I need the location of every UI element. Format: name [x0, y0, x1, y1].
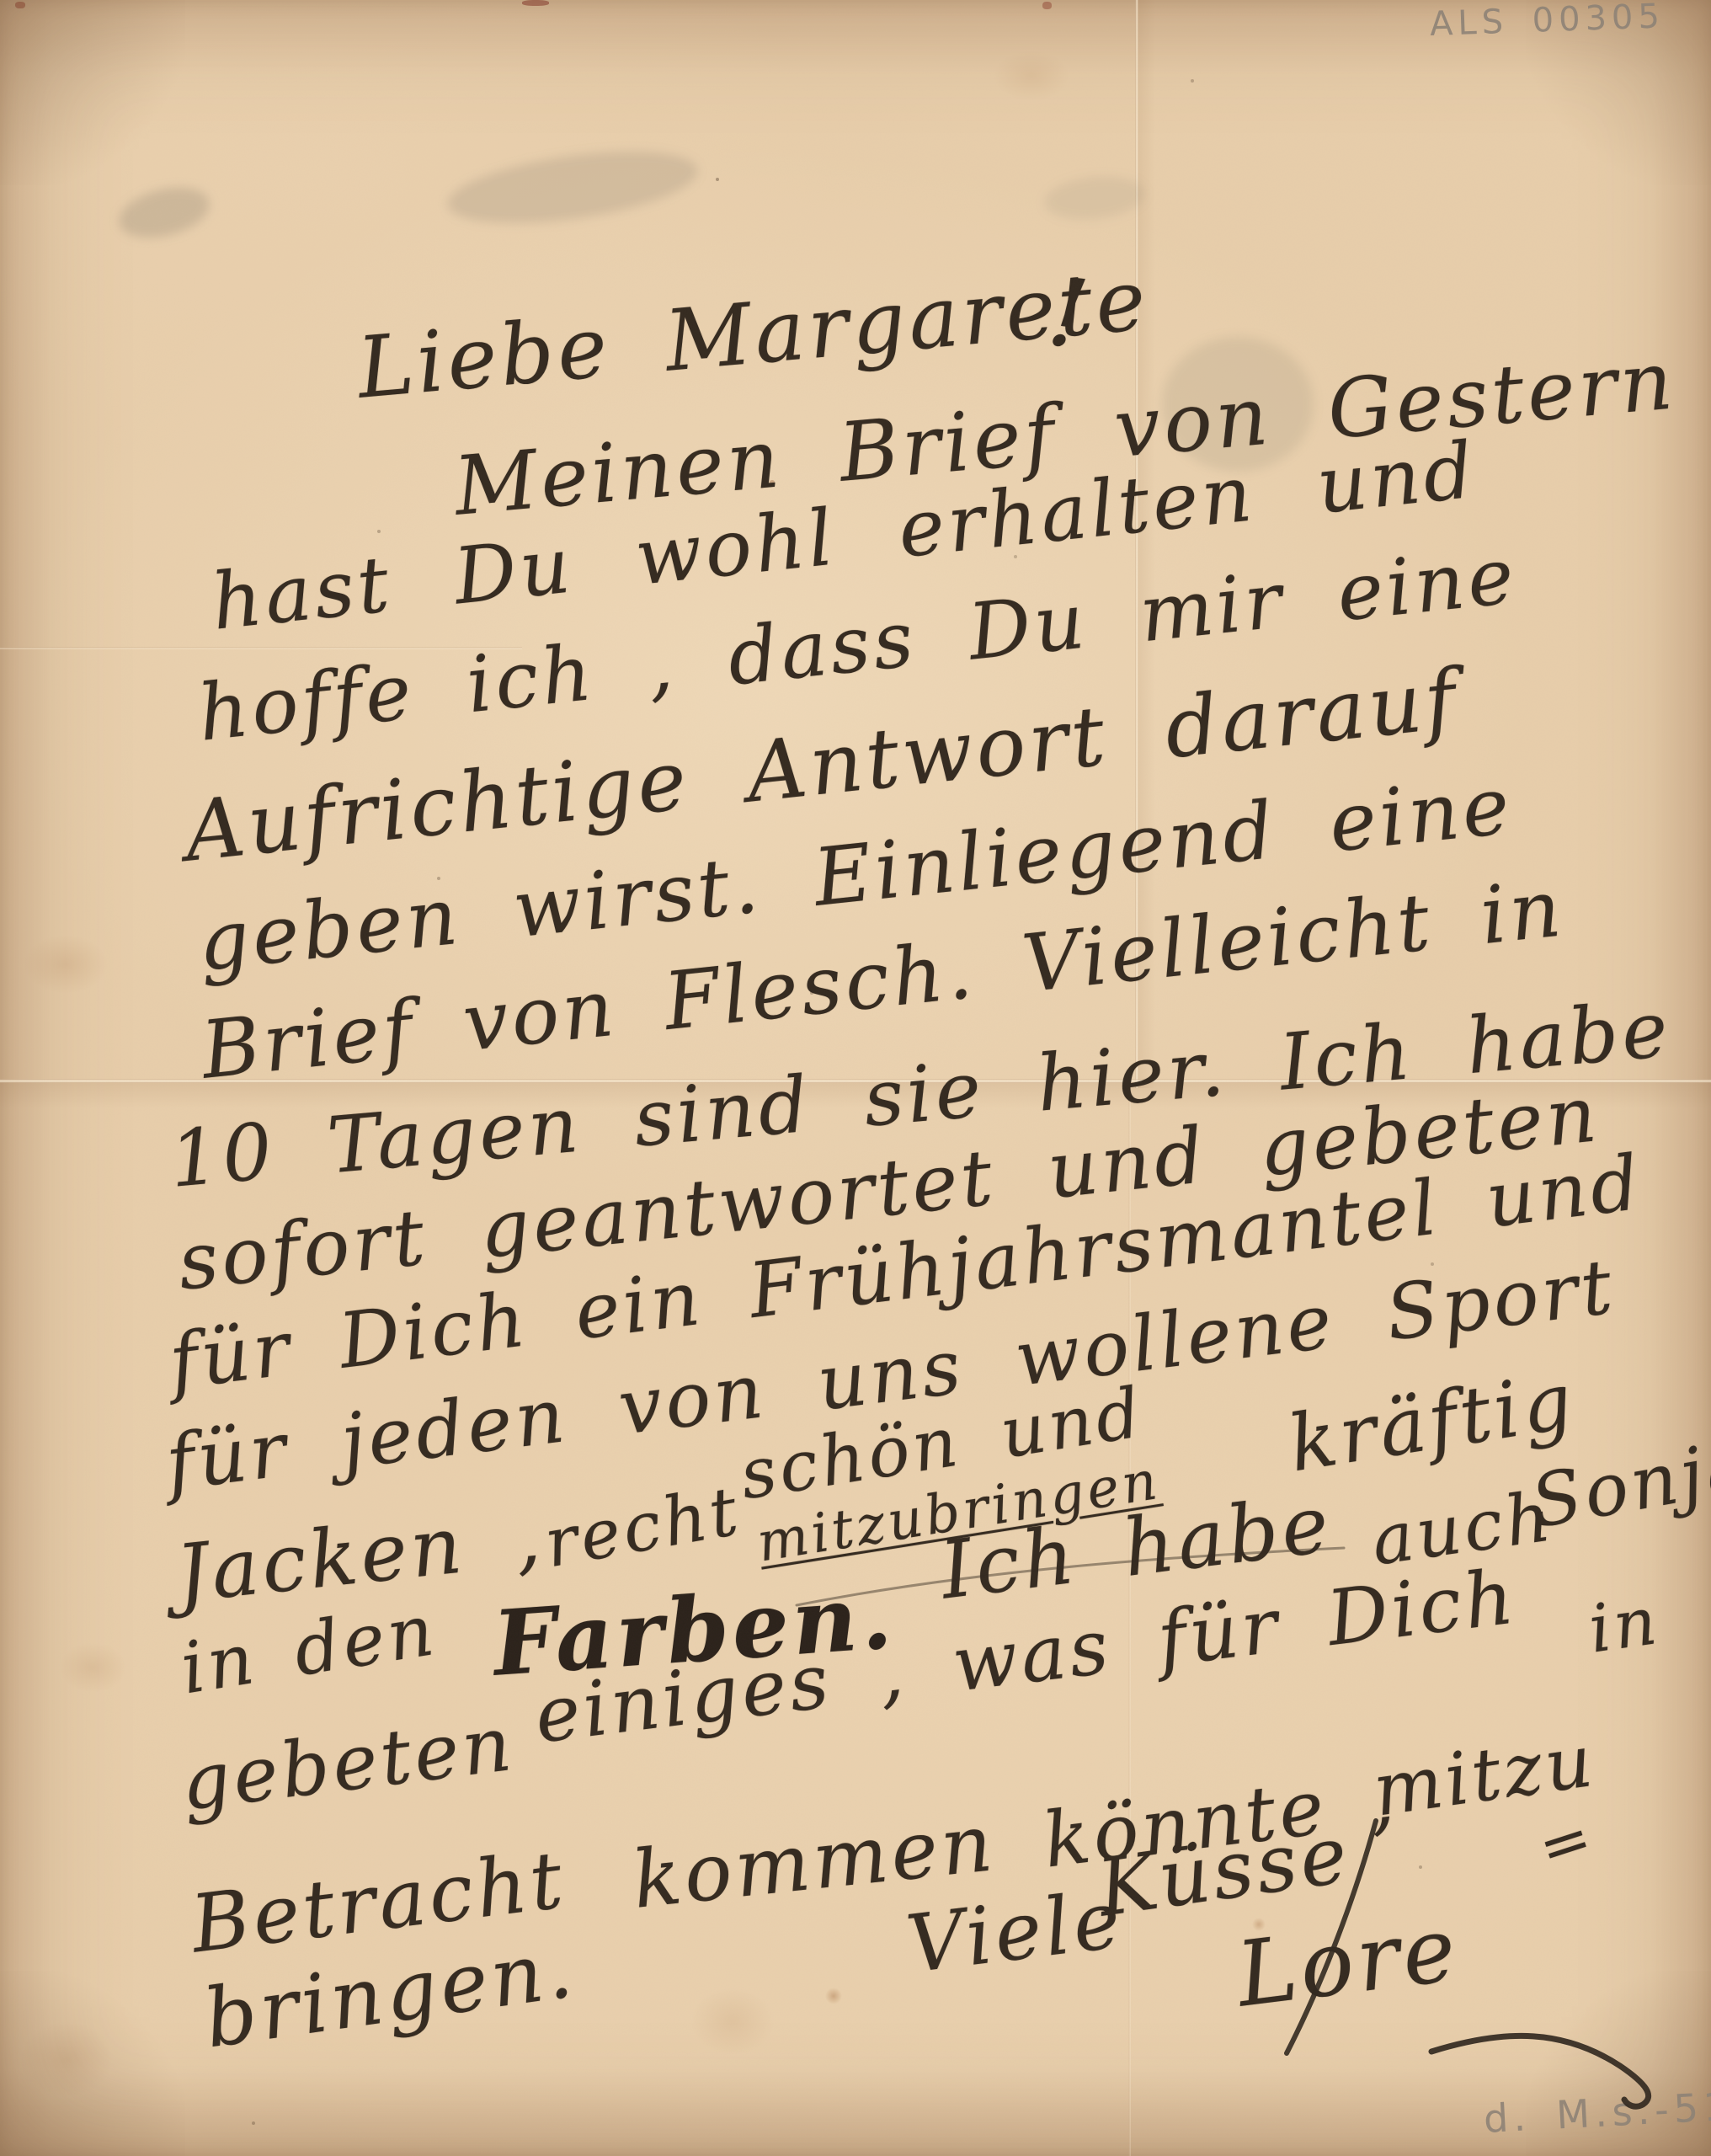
- archival-code-bottom-right: d. M.s.-51: [1483, 2086, 1711, 2140]
- paper-stain: [994, 51, 1069, 101]
- body-line-11-recht: recht: [540, 1476, 746, 1579]
- pencil-smudge: [1042, 172, 1148, 224]
- archival-code-top-right: ALS 00305: [1429, 0, 1665, 42]
- body-line-13-in: in: [1585, 1588, 1664, 1666]
- body-line-14-hyphen: =: [1531, 1804, 1602, 1881]
- paper-stain-dot: [825, 1988, 842, 2004]
- pencil-smudge: [443, 138, 702, 236]
- corner-shadow: [0, 1971, 185, 2156]
- paper-stain: [690, 1988, 775, 2055]
- paper-fiber-specks: [0, 0, 2, 2]
- paper-stain: [59, 1642, 126, 1693]
- pencil-smudge: [114, 179, 215, 247]
- paper-stain: [24, 935, 108, 994]
- red-edge-speck: [522, 0, 549, 6]
- red-edge-speck: [15, 2, 25, 8]
- paper-stain: [20, 2021, 113, 2097]
- red-edge-speck: [1042, 2, 1052, 9]
- signature-name: Lore: [1232, 1902, 1463, 2022]
- letter-page: Liebe Margarete!Meinen Brief von Gestern…: [0, 0, 1711, 2156]
- body-line-13-gebeten: gebeten: [177, 1705, 519, 1824]
- closing-viele: Viele: [903, 1879, 1128, 1988]
- corner-shadow: [0, 0, 185, 185]
